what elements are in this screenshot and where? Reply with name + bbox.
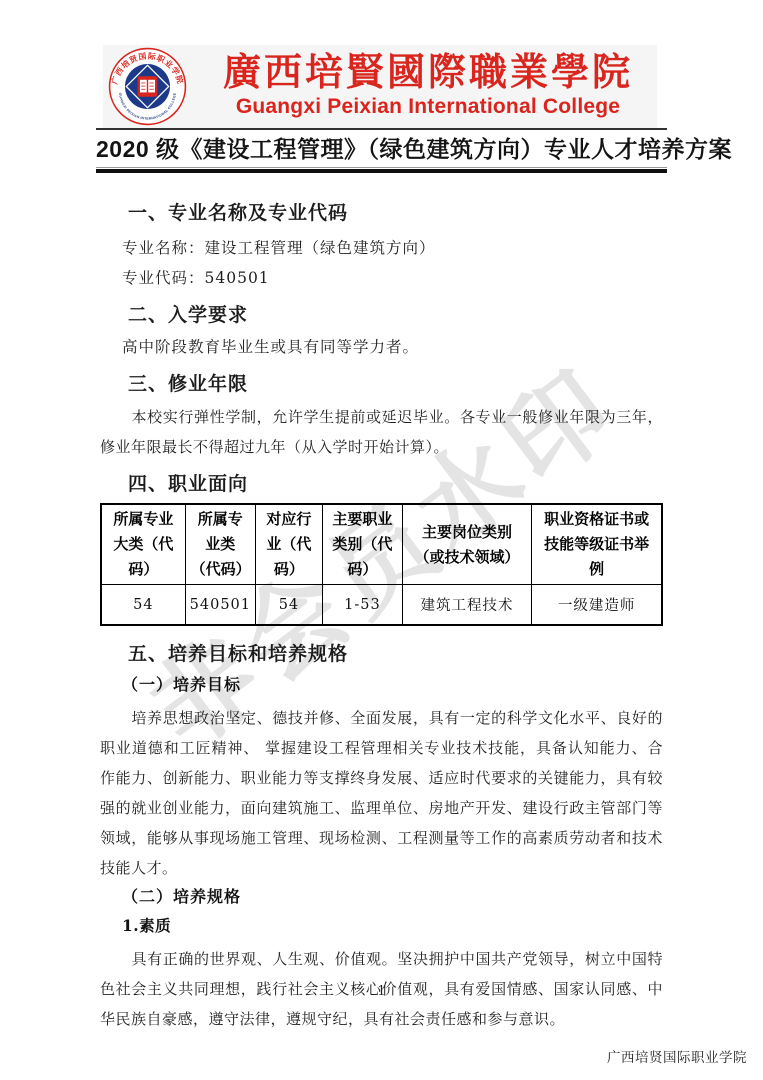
college-names: 廣西培賢國際職業學院 Guangxi Peixian International… bbox=[203, 50, 653, 119]
table-header-cell: 所属专业大类（代码） bbox=[101, 504, 185, 585]
college-name-en: Guangxi Peixian International College bbox=[203, 94, 653, 119]
table-cell: 1-53 bbox=[323, 585, 403, 626]
table-row: 54 540501 54 1-53 建筑工程技术 一级建造师 bbox=[101, 585, 662, 626]
study-duration-paragraph: 本校实行弹性学制，允许学生提前或延迟毕业。各专业一般修业年限为三年，修业年限最长… bbox=[100, 402, 663, 462]
college-letterhead: 广西培贤国际职业学院 GUANGXI PEIXIAN INTERNATIONAL… bbox=[103, 45, 657, 128]
college-name-zh: 廣西培賢國際職業學院 bbox=[203, 50, 653, 94]
title-divider bbox=[96, 167, 667, 173]
footer-college-name: 广西培贤国际职业学院 bbox=[607, 1046, 747, 1066]
table-header-cell: 主要职业类别（代码） bbox=[323, 504, 403, 585]
document-title-bar: 2020 级《建设工程管理》（绿色建筑方向）专业人才培养方案 bbox=[96, 128, 667, 167]
subsection-heading-goal: （一）培养目标 bbox=[100, 675, 663, 695]
table-header-cell: 主要岗位类别（或技术领域） bbox=[402, 504, 532, 585]
table-cell: 建筑工程技术 bbox=[402, 585, 532, 626]
table-header-cell: 对应行业（代码） bbox=[255, 504, 322, 585]
table-header-cell: 所属专业类（代码） bbox=[185, 504, 255, 585]
training-goal-paragraph: 培养思想政治坚定、德技并修、全面发展，具有一定的科学文化水平、良好的职业道德和工… bbox=[100, 703, 663, 883]
document-page: 非会员水印 广西培贤国际职业学院 GUANGXI PEIXIAN INTERNA… bbox=[0, 0, 763, 1080]
major-info: 专业名称：建设工程管理（绿色建筑方向） 专业代码：540501 bbox=[100, 233, 663, 293]
college-logo-icon: 广西培贤国际职业学院 GUANGXI PEIXIAN INTERNATIONAL… bbox=[108, 47, 187, 126]
section-heading-3: 三、修业年限 bbox=[100, 374, 663, 396]
page-number: 1 bbox=[0, 984, 763, 999]
table-cell: 一级建造师 bbox=[532, 585, 662, 626]
section-heading-2: 二、入学要求 bbox=[100, 305, 663, 327]
table-header-row: 所属专业大类（代码） 所属专业类（代码） 对应行业（代码） 主要职业类别（代码）… bbox=[101, 504, 662, 585]
subsection-heading-spec: （二）培养规格 bbox=[100, 887, 663, 907]
major-code: 专业代码：540501 bbox=[100, 263, 663, 293]
table-cell: 54 bbox=[255, 585, 322, 626]
section-heading-5: 五、培养目标和培养规格 bbox=[100, 644, 663, 666]
section-heading-1: 一、专业名称及专业代码 bbox=[100, 203, 663, 225]
item-heading-quality: 1.素质 bbox=[100, 916, 663, 936]
table-cell: 54 bbox=[101, 585, 185, 626]
major-name: 专业名称：建设工程管理（绿色建筑方向） bbox=[100, 233, 663, 263]
admission-requirement: 高中阶段教育毕业生或具有同等学力者。 bbox=[100, 332, 663, 362]
table-header-cell: 职业资格证书或技能等级证书举例 bbox=[532, 504, 662, 585]
occupation-table: 所属专业大类（代码） 所属专业类（代码） 对应行业（代码） 主要职业类别（代码）… bbox=[100, 503, 663, 626]
document-title: 2020 级《建设工程管理》（绿色建筑方向）专业人才培养方案 bbox=[96, 134, 667, 164]
table-cell: 540501 bbox=[185, 585, 255, 626]
page-content: 广西培贤国际职业学院 GUANGXI PEIXIAN INTERNATIONAL… bbox=[100, 45, 663, 1034]
section-heading-4: 四、职业面向 bbox=[100, 474, 663, 496]
